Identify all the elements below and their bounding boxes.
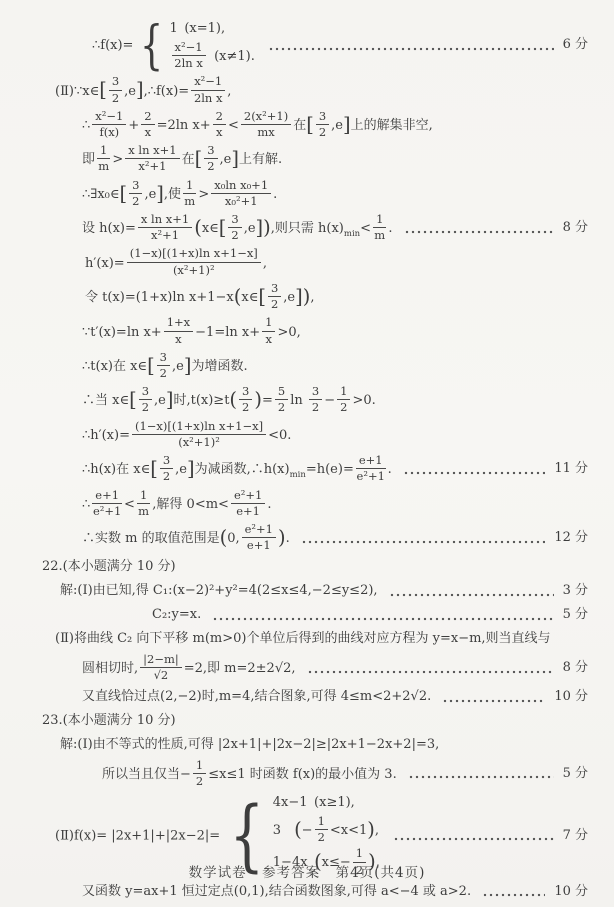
text-run: − — [302, 823, 313, 838]
text-run: 为减函数,∴h(x) — [195, 462, 290, 477]
dotted-leader — [393, 837, 554, 841]
fraction-denominator: e+1 — [231, 504, 265, 518]
fraction-numerator: 3 — [228, 213, 241, 228]
fraction: 2x — [213, 110, 226, 139]
math-expression: ∴∃x₀∈[32,e],使1m>x₀ln x₀+1x₀²+1. — [82, 187, 277, 202]
score-label: 8 分 — [563, 659, 588, 678]
math-expression: ∴当 x∈[32,e]时,t(x)≥t(32)=52ln 32−12>0. — [82, 393, 376, 408]
math-expression: 即1m>x ln x+1x²+1在[32,e]上有解. — [82, 152, 282, 167]
text-run: ,e — [220, 152, 232, 167]
fraction-numerator: 3 — [160, 454, 173, 469]
text-run: > — [198, 187, 209, 202]
text-run: x∈ — [202, 221, 219, 236]
text-run: . — [286, 531, 290, 546]
score-label: 6 分 — [563, 36, 588, 55]
score-label: 11 分 — [554, 460, 588, 479]
fraction-numerator: x₀ln x₀+1 — [211, 179, 271, 194]
bracket: ( — [234, 287, 242, 307]
fraction: 32 — [129, 179, 142, 208]
dotted-leader — [268, 47, 554, 51]
text-run: 1 (x=1), — [170, 21, 226, 36]
fraction-numerator: x²−1 — [172, 41, 206, 56]
text-run: (Ⅱ)f(x)= |2x+1|+|2x−2|= — [55, 829, 220, 844]
subscript: min — [290, 470, 306, 480]
math-expression: ∴x²−1f(x)+2x=2ln x+2x<2(x²+1)mx在[32,e]上的… — [82, 118, 433, 133]
fraction: 1x — [262, 316, 275, 345]
fraction: 1+xx — [164, 316, 193, 345]
bracket: [ — [150, 459, 158, 479]
fraction: |2−m|√2 — [140, 653, 182, 682]
bracket: ( — [229, 390, 237, 410]
document-line: 解:(Ⅰ)由不等式的性质,可得 |2x+1|+|2x−2|≥|2x+1−2x+2… — [60, 736, 588, 755]
text-run: . — [388, 221, 392, 236]
fraction-numerator: 1 — [337, 385, 350, 400]
fraction: e+1e²+1 — [356, 454, 386, 483]
fraction-denominator: x — [213, 125, 226, 139]
bracket: [ — [258, 287, 266, 307]
text-run: ,使 — [164, 187, 181, 202]
text-run: 即 — [82, 152, 95, 167]
math-expression: ∵t′(x)=ln x+1+xx−1=ln x+1x>0, — [82, 325, 301, 340]
math-expression: ∴实数 m 的取值范围是(0,e²+1e+1). — [82, 524, 290, 553]
fraction: 1m — [373, 213, 386, 242]
fraction-denominator: 2 — [268, 297, 281, 311]
text-run: 时,t(x)≥t — [173, 393, 229, 408]
text-run: C₂:y=x. — [152, 607, 201, 622]
text-run: ,e — [172, 359, 184, 374]
fraction-numerator: |2−m| — [140, 653, 182, 668]
document-line: 即1m>x ln x+1x²+1在[32,e]上有解. — [82, 145, 588, 174]
text-run: (x≠1). — [208, 49, 255, 64]
text-run: 22.(本小题满分 10 分) — [42, 559, 176, 574]
text-run: 所以当且仅当− — [102, 767, 191, 782]
text-run: ∴ — [82, 497, 90, 512]
fraction: 1m — [137, 489, 150, 518]
math-expression: 所以当且仅当−12≤x≤1 时函数 f(x)的最小值为 3. — [102, 760, 397, 789]
fraction-numerator: 3 — [204, 144, 217, 159]
fraction: 1m — [183, 179, 196, 208]
text-run: 上的解集非空, — [351, 118, 433, 133]
score-label: 5 分 — [563, 606, 588, 625]
fraction-denominator: m — [183, 194, 196, 208]
bracket: [ — [219, 218, 227, 238]
text-run: 解:(Ⅰ)由不等式的性质,可得 |2x+1|+|2x−2|≥|2x+1−2x+2… — [60, 737, 439, 752]
fraction-denominator: 2 — [193, 774, 206, 788]
document-line: h′(x)=(1−x)[(1+x)ln x+1−x](x²+1)², — [85, 248, 588, 277]
text-run: x∈ — [241, 290, 258, 305]
text-run: ,∴f(x)= — [144, 84, 190, 99]
document-line: 又直线恰过点(2,−2)时,m=4,结合图象,可得 4≤m<2+2√2.10 分 — [82, 688, 588, 707]
text-run: < — [124, 497, 135, 512]
bracket: ] — [256, 218, 264, 238]
fraction-numerator: 1 — [183, 179, 196, 194]
text-run: ,e — [154, 393, 166, 408]
case-row: 1 (x=1), — [170, 20, 226, 39]
math-expression: ∴f(x)={1 (x=1),x²−12ln x (x≠1). — [92, 20, 257, 71]
fraction-denominator: 2 — [109, 91, 122, 105]
fraction-denominator: m — [137, 504, 150, 518]
text-run: < — [360, 221, 371, 236]
fraction-denominator: e+1 — [242, 538, 276, 552]
fraction-numerator: e+1 — [92, 489, 122, 504]
text-run: ∴实数 m 的取值范围是 — [82, 531, 220, 546]
fraction: 32 — [316, 110, 329, 139]
bracket: ] — [156, 184, 164, 204]
text-run: ≤x≤1 时函数 f(x)的最小值为 3. — [208, 767, 396, 782]
fraction: 32 — [309, 385, 322, 414]
fraction-numerator: 3 — [157, 351, 170, 366]
document-line: 圆相切时,|2−m|√2=2,即 m=2±2√2,8 分 — [82, 654, 588, 683]
fraction: 1m — [97, 144, 110, 173]
document-content: ∴f(x)={1 (x=1),x²−12ln x (x≠1).6 分(Ⅱ)∵x∈… — [0, 20, 588, 902]
document-line: ∴当 x∈[32,e]时,t(x)≥t(32)=52ln 32−12>0. — [82, 386, 588, 415]
bracket: [ — [195, 149, 203, 169]
document-line: (Ⅱ)∵x∈[32,e],∴f(x)=x²−12ln x, — [55, 76, 588, 105]
text-run: 在 — [182, 152, 195, 167]
scanned-answer-page: ∴f(x)={1 (x=1),x²−12ln x (x≠1).6 分(Ⅱ)∵x∈… — [0, 0, 614, 907]
math-expression: 又直线恰过点(2,−2)时,m=4,结合图象,可得 4≤m<2+2√2. — [82, 688, 431, 707]
text-run: 在 — [293, 118, 306, 133]
score-label: 8 分 — [563, 219, 588, 238]
left-brace: { — [140, 24, 163, 68]
math-expression: 又函数 y=ax+1 恒过定点(0,1),结合函数图象,可得 a<−4 或 a>… — [82, 883, 471, 902]
bracket: [ — [120, 184, 128, 204]
text-run: (Ⅱ)将曲线 C₂ 向下平移 m(m>0)个单位后得到的曲线对应方程为 y=x−… — [55, 631, 551, 646]
fraction: (1−x)[(1+x)ln x+1−x](x²+1)² — [127, 247, 261, 276]
score-label: 10 分 — [554, 883, 588, 902]
math-expression: C₂:y=x. — [152, 606, 201, 625]
fraction-numerator: 3 — [309, 385, 322, 400]
document-line: ∴∃x₀∈[32,e],使1m>x₀ln x₀+1x₀²+1. — [82, 180, 588, 209]
document-line: ∴实数 m 的取值范围是(0,e²+1e+1).12 分 — [82, 524, 588, 553]
fraction-denominator: 2 — [275, 400, 288, 414]
fraction: (1−x)[(1+x)ln x+1−x](x²+1)² — [132, 420, 266, 449]
math-expression: (Ⅱ)将曲线 C₂ 向下平移 m(m>0)个单位后得到的曲线对应方程为 y=x−… — [55, 631, 551, 646]
case-row: 4x−1 (x≥1), — [273, 794, 355, 813]
fraction-denominator: (x²+1)² — [127, 263, 261, 277]
text-run: ∴f(x)= — [92, 38, 133, 53]
text-run: + — [128, 118, 139, 133]
bracket: ] — [231, 149, 239, 169]
fraction: e+1e²+1 — [92, 489, 122, 518]
fraction-numerator: e+1 — [356, 454, 386, 469]
fraction: 2x — [141, 110, 154, 139]
fraction-denominator: (x²+1)² — [132, 435, 266, 449]
dotted-leader — [212, 617, 553, 621]
text-run: ∴∃x₀∈ — [82, 187, 120, 202]
dotted-leader — [307, 670, 554, 674]
page-footer: 数学试卷 参考答案 第4页(共4页) — [0, 861, 614, 881]
dotted-leader — [403, 471, 546, 475]
score-label: 3 分 — [563, 582, 588, 601]
fraction: 32 — [157, 351, 170, 380]
math-expression: (Ⅱ)∵x∈[32,e],∴f(x)=x²−12ln x, — [55, 84, 231, 99]
fraction: 12 — [193, 759, 206, 788]
text-run: >0. — [352, 393, 375, 408]
text-run: ∴当 x∈ — [82, 393, 129, 408]
fraction: 32 — [139, 385, 152, 414]
fraction-denominator: x²+1 — [125, 159, 179, 173]
document-line: 22.(本小题满分 10 分) — [42, 558, 588, 577]
text-run: 0, — [227, 531, 239, 546]
fraction-numerator: x²−1 — [191, 75, 225, 90]
text-run: <0. — [268, 428, 291, 443]
text-run: , — [375, 823, 379, 838]
bracket: ( — [294, 820, 302, 840]
fraction-numerator: 1 — [373, 213, 386, 228]
fraction: 32 — [109, 75, 122, 104]
bracket: ) — [263, 218, 271, 238]
fraction: 32 — [204, 144, 217, 173]
text-run: ln — [290, 393, 307, 408]
fraction-denominator: 2 — [228, 228, 241, 242]
document-line: ∴t(x)在 x∈[32,e]为增函数. — [82, 352, 588, 381]
fraction-denominator: 2ln x — [172, 56, 206, 70]
fraction: 2(x²+1)mx — [241, 110, 291, 139]
fraction-denominator: e²+1 — [92, 504, 122, 518]
fraction: 52 — [275, 385, 288, 414]
score-label: 10 分 — [554, 688, 588, 707]
document-line: (Ⅱ)将曲线 C₂ 向下平移 m(m>0)个单位后得到的曲线对应方程为 y=x−… — [55, 630, 588, 649]
text-run: 解:(Ⅰ)由已知,得 C₁:(x−2)²+y²=4(2≤x≤4,−2≤y≤2), — [60, 583, 378, 598]
score-label: 7 分 — [563, 827, 588, 846]
fraction-numerator: 3 — [268, 282, 281, 297]
case-rows: 1 (x=1),x²−12ln x (x≠1). — [170, 20, 255, 71]
text-run: =2ln x+ — [157, 118, 211, 133]
text-run: . — [273, 187, 277, 202]
bracket: ] — [295, 287, 303, 307]
text-run: ,解得 0<m< — [152, 497, 229, 512]
fraction-denominator: 2 — [316, 125, 329, 139]
text-run: = — [262, 393, 273, 408]
text-run: =h(e)= — [306, 462, 354, 477]
fraction-numerator: 3 — [316, 110, 329, 125]
fraction: x²−12ln x — [172, 41, 206, 70]
text-run: ,e — [283, 290, 295, 305]
math-expression: ∴e+1e²+1<1m,解得 0<m<e²+1e+1. — [82, 497, 271, 512]
text-run: >0, — [277, 325, 300, 340]
math-expression: ∴h(x)在 x∈[32,e]为减函数,∴h(x)min=h(e)=e+1e²+… — [82, 455, 392, 484]
fraction-denominator: x — [164, 332, 193, 346]
fraction-denominator: √2 — [140, 668, 182, 682]
fraction-numerator: 2 — [213, 110, 226, 125]
text-run: ∴h′(x)= — [82, 428, 130, 443]
fraction-numerator: (1−x)[(1+x)ln x+1−x] — [132, 420, 266, 435]
fraction: x ln x+1x²+1 — [138, 213, 192, 242]
fraction-denominator: 2 — [204, 159, 217, 173]
bracket: ( — [220, 528, 228, 548]
text-run: − — [324, 393, 335, 408]
document-line: 解:(Ⅰ)由已知,得 C₁:(x−2)²+y²=4(2≤x≤4,−2≤y≤2),… — [60, 582, 588, 601]
text-run: 为增函数. — [191, 359, 247, 374]
document-line: ∴x²−1f(x)+2x=2ln x+2x<2(x²+1)mx在[32,e]上的… — [82, 111, 588, 140]
fraction-numerator: 3 — [109, 75, 122, 90]
text-run: 又函数 y=ax+1 恒过定点(0,1),结合函数图象,可得 a<−4 或 a>… — [82, 884, 471, 899]
text-run: h′(x)= — [85, 256, 125, 271]
text-run: , — [310, 290, 314, 305]
text-run: ∴t(x)在 x∈ — [82, 359, 147, 374]
text-run: 圆相切时, — [82, 661, 138, 676]
fraction-numerator: 1 — [97, 144, 110, 159]
bracket: [ — [147, 356, 155, 376]
piecewise-cases: {1 (x=1),x²−12ln x (x≠1). — [135, 20, 254, 71]
fraction: 32 — [239, 385, 252, 414]
fraction: x²−1f(x) — [92, 110, 126, 139]
fraction-numerator: x²−1 — [92, 110, 126, 125]
fraction-denominator: mx — [241, 125, 291, 139]
fraction-numerator: e²+1 — [231, 489, 265, 504]
document-line: ∴h(x)在 x∈[32,e]为减函数,∴h(x)min=h(e)=e+1e²+… — [82, 455, 588, 484]
fraction-denominator: 2 — [315, 830, 328, 844]
math-expression: h′(x)=(1−x)[(1+x)ln x+1−x](x²+1)², — [85, 256, 267, 271]
fraction-denominator: 2 — [239, 400, 252, 414]
math-expression: 解:(Ⅰ)由不等式的性质,可得 |2x+1|+|2x−2|≥|2x+1−2x+2… — [60, 737, 439, 752]
document-line: 又函数 y=ax+1 恒过定点(0,1),结合函数图象,可得 a<−4 或 a>… — [82, 883, 588, 902]
case-row: 3 (−12<x<1), — [273, 816, 379, 845]
fraction: e²+1e+1 — [231, 489, 265, 518]
math-expression: ∴t(x)在 x∈[32,e]为增函数. — [82, 359, 248, 374]
text-run: 3 — [273, 823, 294, 838]
text-run: −1=ln x+ — [195, 325, 260, 340]
math-expression: 设 h(x)=x ln x+1x²+1(x∈[32,e]),则只需 h(x)mi… — [82, 214, 393, 243]
bracket: ] — [343, 115, 351, 135]
bracket: ) — [278, 528, 286, 548]
math-expression: ∴h′(x)=(1−x)[(1+x)ln x+1−x](x²+1)²<0. — [82, 428, 291, 443]
dotted-leader — [301, 540, 546, 544]
fraction-numerator: 2 — [141, 110, 154, 125]
text-run: , — [227, 84, 231, 99]
bracket: ] — [187, 459, 195, 479]
fraction-denominator: x²+1 — [138, 228, 192, 242]
bracket: ] — [136, 80, 144, 100]
text-run: (Ⅱ)∵x∈ — [55, 84, 99, 99]
text-run: . — [388, 462, 392, 477]
score-label: 12 分 — [554, 529, 588, 548]
document-line: C₂:y=x.5 分 — [152, 606, 588, 625]
fraction: x ln x+1x²+1 — [125, 144, 179, 173]
fraction-denominator: 2 — [129, 194, 142, 208]
fraction-numerator: 1+x — [164, 316, 193, 331]
text-run: ,则只需 h(x) — [271, 221, 344, 236]
fraction-denominator: m — [97, 159, 110, 173]
math-expression: 23.(本小题满分 10 分) — [42, 713, 176, 728]
math-expression: 令 t(x)=(1+x)ln x+1−x(x∈[32,e]), — [85, 290, 314, 305]
bracket: ] — [184, 356, 192, 376]
math-expression: 圆相切时,|2−m|√2=2,即 m=2±2√2, — [82, 654, 296, 683]
fraction-denominator: x — [141, 125, 154, 139]
bracket: ) — [254, 390, 262, 410]
math-expression: 22.(本小题满分 10 分) — [42, 559, 176, 574]
fraction-denominator: e²+1 — [356, 469, 386, 483]
bracket: ( — [194, 218, 202, 238]
text-run: . — [267, 497, 271, 512]
text-run: ,e — [124, 84, 136, 99]
fraction: 32 — [268, 282, 281, 311]
fraction: e²+1e+1 — [242, 523, 276, 552]
dotted-leader — [408, 775, 554, 779]
document-line: ∴f(x)={1 (x=1),x²−12ln x (x≠1).6 分 — [92, 20, 588, 71]
bracket: [ — [129, 390, 137, 410]
fraction-numerator: 1 — [137, 489, 150, 504]
document-line: 所以当且仅当−12≤x≤1 时函数 f(x)的最小值为 3.5 分 — [102, 760, 588, 789]
fraction-numerator: 3 — [239, 385, 252, 400]
document-line: 23.(本小题满分 10 分) — [42, 712, 588, 731]
text-run: =2,即 m=2±2√2, — [184, 661, 296, 676]
fraction-denominator: 2 — [157, 366, 170, 380]
text-run: ,e — [331, 118, 343, 133]
text-run: <x<1 — [330, 823, 367, 838]
fraction-numerator: 1 — [193, 759, 206, 774]
text-run: 又直线恰过点(2,−2)时,m=4,结合图象,可得 4≤m<2+2√2. — [82, 689, 431, 704]
bracket: [ — [306, 115, 314, 135]
document-line: 令 t(x)=(1+x)ln x+1−x(x∈[32,e]), — [85, 283, 588, 312]
dotted-leader — [404, 230, 554, 234]
fraction-denominator: 2 — [160, 469, 173, 483]
subscript: min — [344, 229, 360, 239]
text-run: ∴h(x)在 x∈ — [82, 462, 150, 477]
fraction-denominator: x₀²+1 — [211, 194, 271, 208]
text-run: > — [112, 152, 123, 167]
bracket: ) — [303, 287, 311, 307]
case-row: x²−12ln x (x≠1). — [170, 42, 255, 71]
fraction: x₀ln x₀+1x₀²+1 — [211, 179, 271, 208]
fraction-denominator: m — [373, 228, 386, 242]
text-run: ,e — [244, 221, 256, 236]
fraction-denominator: 2ln x — [191, 91, 225, 105]
dotted-leader — [389, 593, 554, 597]
fraction: x²−12ln x — [191, 75, 225, 104]
fraction-numerator: 2(x²+1) — [241, 110, 291, 125]
left-brace: { — [230, 803, 265, 869]
fraction-numerator: 3 — [139, 385, 152, 400]
fraction: 12 — [337, 385, 350, 414]
text-run: < — [228, 118, 239, 133]
document-line: ∵t′(x)=ln x+1+xx−1=ln x+1x>0, — [82, 317, 588, 346]
text-run: 令 t(x)=(1+x)ln x+1−x — [85, 290, 234, 305]
fraction-numerator: 1 — [315, 815, 328, 830]
bracket: ] — [166, 390, 174, 410]
fraction-denominator: 2 — [139, 400, 152, 414]
text-run: 上有解. — [239, 152, 282, 167]
fraction: 32 — [228, 213, 241, 242]
fraction: 12 — [315, 815, 328, 844]
fraction-numerator: 5 — [275, 385, 288, 400]
text-run: ∴ — [82, 118, 90, 133]
dotted-leader — [482, 893, 545, 897]
score-label: 5 分 — [563, 765, 588, 784]
text-run: 设 h(x)= — [82, 221, 136, 236]
fraction-numerator: e²+1 — [242, 523, 276, 538]
fraction-denominator: f(x) — [92, 125, 126, 139]
fraction-numerator: 1 — [262, 316, 275, 331]
bracket: [ — [99, 80, 107, 100]
math-expression: 解:(Ⅰ)由已知,得 C₁:(x−2)²+y²=4(2≤x≤4,−2≤y≤2), — [60, 582, 378, 601]
text-run: 23.(本小题满分 10 分) — [42, 713, 176, 728]
fraction-numerator: x ln x+1 — [138, 213, 192, 228]
text-run: ∵t′(x)=ln x+ — [82, 325, 162, 340]
fraction-numerator: x ln x+1 — [125, 144, 179, 159]
document-line: 设 h(x)=x ln x+1x²+1(x∈[32,e]),则只需 h(x)mi… — [82, 214, 588, 243]
fraction: 32 — [160, 454, 173, 483]
fraction-numerator: 3 — [129, 179, 142, 194]
document-line: ∴h′(x)=(1−x)[(1+x)ln x+1−x](x²+1)²<0. — [82, 421, 588, 450]
fraction-denominator: 2 — [309, 400, 322, 414]
text-run: 4x−1 (x≥1), — [273, 795, 355, 810]
text-run: , — [263, 256, 267, 271]
fraction-numerator: (1−x)[(1+x)ln x+1−x] — [127, 247, 261, 262]
text-run: ,e — [175, 462, 187, 477]
fraction-denominator: x — [262, 332, 275, 346]
